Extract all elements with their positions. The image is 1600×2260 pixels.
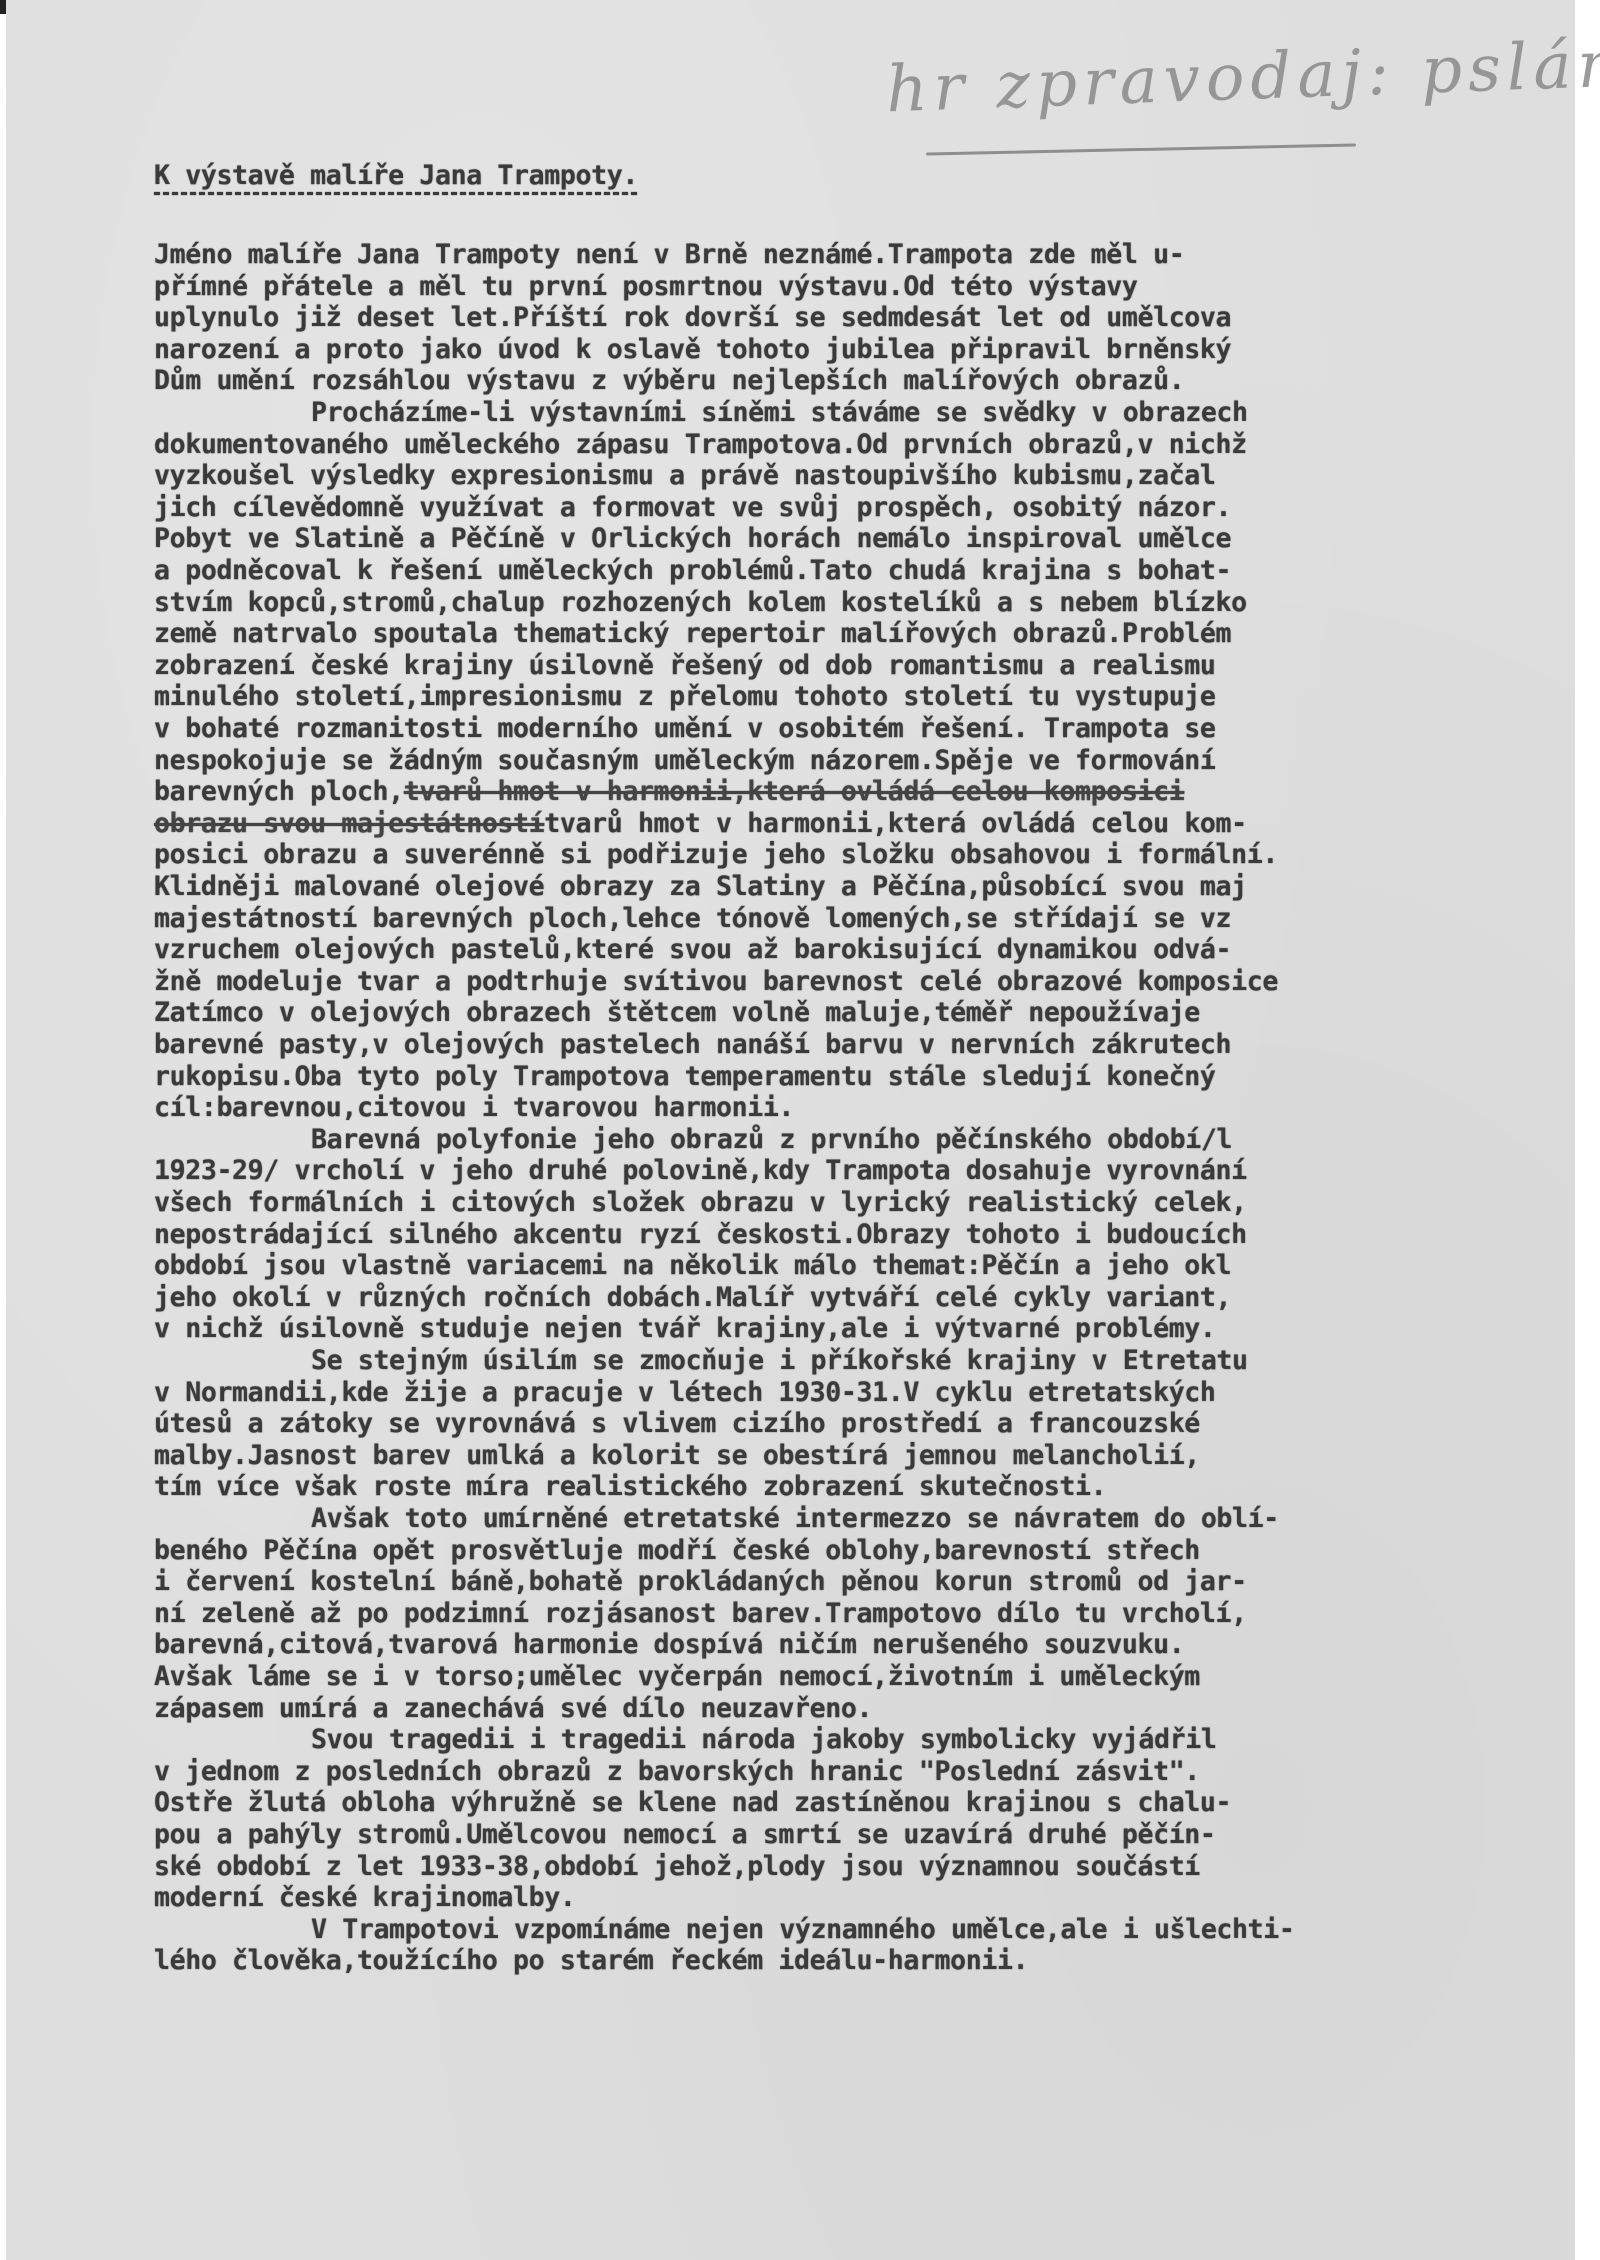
text-line: vzruchem olejových pastelů,které svou až… <box>154 935 1231 965</box>
line-text: tvarů hmot v harmonii,která ovládá celou… <box>544 808 1247 839</box>
text-line: Pobyt ve Slatině a Pěčíně v Orlických ho… <box>154 524 1231 554</box>
text-line: obrazu svou majestátnostítvarů hmot v ha… <box>154 809 1247 839</box>
text-line: země natrvalo spoutala thematický repert… <box>154 619 1231 649</box>
document-page: hr zpravodaj: psláni K výstavě malíře Ja… <box>6 0 1575 2260</box>
text-line: jeho okolí v různých ročních dobách.Malí… <box>154 1283 1231 1313</box>
text-line: Avšak láme se i v torso;umělec vyčerpán … <box>154 1662 1200 1692</box>
handwritten-note: hr zpravodaj: psláni <box>885 27 1600 128</box>
text-line: minulého století,impresionismu z přelomu… <box>154 682 1216 712</box>
text-line: uplynulo již deset let.Příští rok dovrší… <box>154 303 1231 333</box>
text-line: v Normandii,kde žije a pracuje v létech … <box>154 1378 1216 1408</box>
text-line: stvím kopců,stromů,chalup rozhozených ko… <box>154 588 1247 618</box>
text-line: a podněcoval k řešení uměleckých problém… <box>154 556 1231 586</box>
text-line: dokumentovaného uměleckého zápasu Trampo… <box>154 430 1247 460</box>
text-line: malby.Jasnost barev umlká a kolorit se o… <box>154 1441 1200 1471</box>
text-line: V Trampotovi vzpomínáme nejen významného… <box>311 1915 1294 1945</box>
text-line: ské období z let 1933-38,období jehož,pl… <box>154 1852 1200 1882</box>
text-line: Ostře žlutá obloha výhružně se klene nad… <box>154 1788 1231 1818</box>
text-line: lého člověka,toužícího po starém řeckém … <box>154 1946 1028 1976</box>
text-line: Avšak toto umírněné etretatské intermezz… <box>311 1504 1279 1534</box>
text-line: v jednom z posledních obrazů z bavorskýc… <box>154 1757 1200 1787</box>
text-line: beného Pěčína opět prosvětluje modří čes… <box>154 1536 1200 1566</box>
text-line: pou a pahýly stromů.Umělcovou nemocí a s… <box>154 1820 1216 1850</box>
scan-edge-mark <box>0 0 6 14</box>
text-line: narození a proto jako úvod k oslavě toho… <box>154 335 1231 365</box>
text-line: Se stejným úsilím se zmocňuje i příkořsk… <box>311 1346 1248 1376</box>
document-title: K výstavě malíře Jana Trampoty. <box>154 160 638 191</box>
text-line: posici obrazu a suverénně si podřizuje j… <box>154 840 1278 870</box>
text-line: Svou tragedii i tragedii národa jakoby s… <box>311 1725 1216 1755</box>
text-line: žně modeluje tvar a podtrhuje svítivou b… <box>154 967 1278 997</box>
text-line: barevná,citová,tvarová harmonie dospívá … <box>154 1630 1184 1660</box>
handwritten-annotation: hr zpravodaj: psláni <box>886 30 1566 150</box>
text-line: Jméno malíře Jana Trampoty není v Brně n… <box>154 240 1184 270</box>
text-line: majestátností barevných ploch,lehce tóno… <box>154 904 1231 934</box>
text-line: v nichž úsilovně studuje nejen tvář kraj… <box>154 1314 1216 1344</box>
text-line: barevné pasty,v olejových pastelech naná… <box>154 1030 1231 1060</box>
struck-text: obrazu svou majestátností <box>154 808 544 839</box>
text-line: jich cílevědomně využívat a formovat ve … <box>154 493 1231 523</box>
text-line: vyzkoušel výsledky expresionismu a právě… <box>154 461 1216 491</box>
text-line: přímné přátele a měl tu první posmrtnou … <box>154 272 1137 302</box>
struck-text: tvarů hmot v harmonii,která ovládá celou… <box>404 776 1185 807</box>
text-line: barevných ploch,tvarů hmot v harmonii,kt… <box>154 777 1184 807</box>
handwritten-underline <box>926 143 1356 155</box>
text-line: tím více však roste míra realistického z… <box>154 1472 1106 1502</box>
text-line: zobrazení české krajiny úsilovně řešený … <box>154 651 1216 681</box>
text-line: Barevná polyfonie jeho obrazů z prvního … <box>311 1125 1232 1155</box>
line-text: barevných ploch, <box>154 776 404 807</box>
text-line: moderní české krajinomalby. <box>154 1883 576 1913</box>
text-line: 1923-29/ vrcholí v jeho druhé polovině,k… <box>154 1156 1247 1186</box>
text-line: cíl:barevnou,citovou i tvarovou harmonii… <box>154 1093 794 1123</box>
text-line: v bohaté rozmanitosti moderního umění v … <box>154 714 1216 744</box>
text-line: nespokojuje se žádným současným umělecký… <box>154 746 1216 776</box>
text-line: Klidněji malované olejové obrazy za Slat… <box>154 872 1247 902</box>
text-line: Procházíme-li výstavními síněmi stáváme … <box>311 398 1248 428</box>
text-line: období jsou vlastně variacemi na několik… <box>154 1251 1231 1281</box>
text-line: i červení kostelní báně,bohatě prokládan… <box>154 1567 1247 1597</box>
text-line: útesů a zátoky se vyrovnává s vlivem ciz… <box>154 1409 1200 1439</box>
text-line: zápasem umírá a zanechává své dílo neuza… <box>154 1694 872 1724</box>
text-line: nepostrádající silného akcentu ryzí česk… <box>154 1220 1247 1250</box>
text-line: rukopisu.Oba tyto poly Trampotova temper… <box>154 1062 1216 1092</box>
text-line: ní zeleně až po podzimní rozjásanost bar… <box>154 1599 1247 1629</box>
text-line: Dům umění rozsáhlou výstavu z výběru nej… <box>154 366 1184 396</box>
text-line: všech formálních i citových složek obraz… <box>154 1188 1247 1218</box>
text-line: Zatímco v olejových obrazech štětcem vol… <box>154 998 1200 1028</box>
